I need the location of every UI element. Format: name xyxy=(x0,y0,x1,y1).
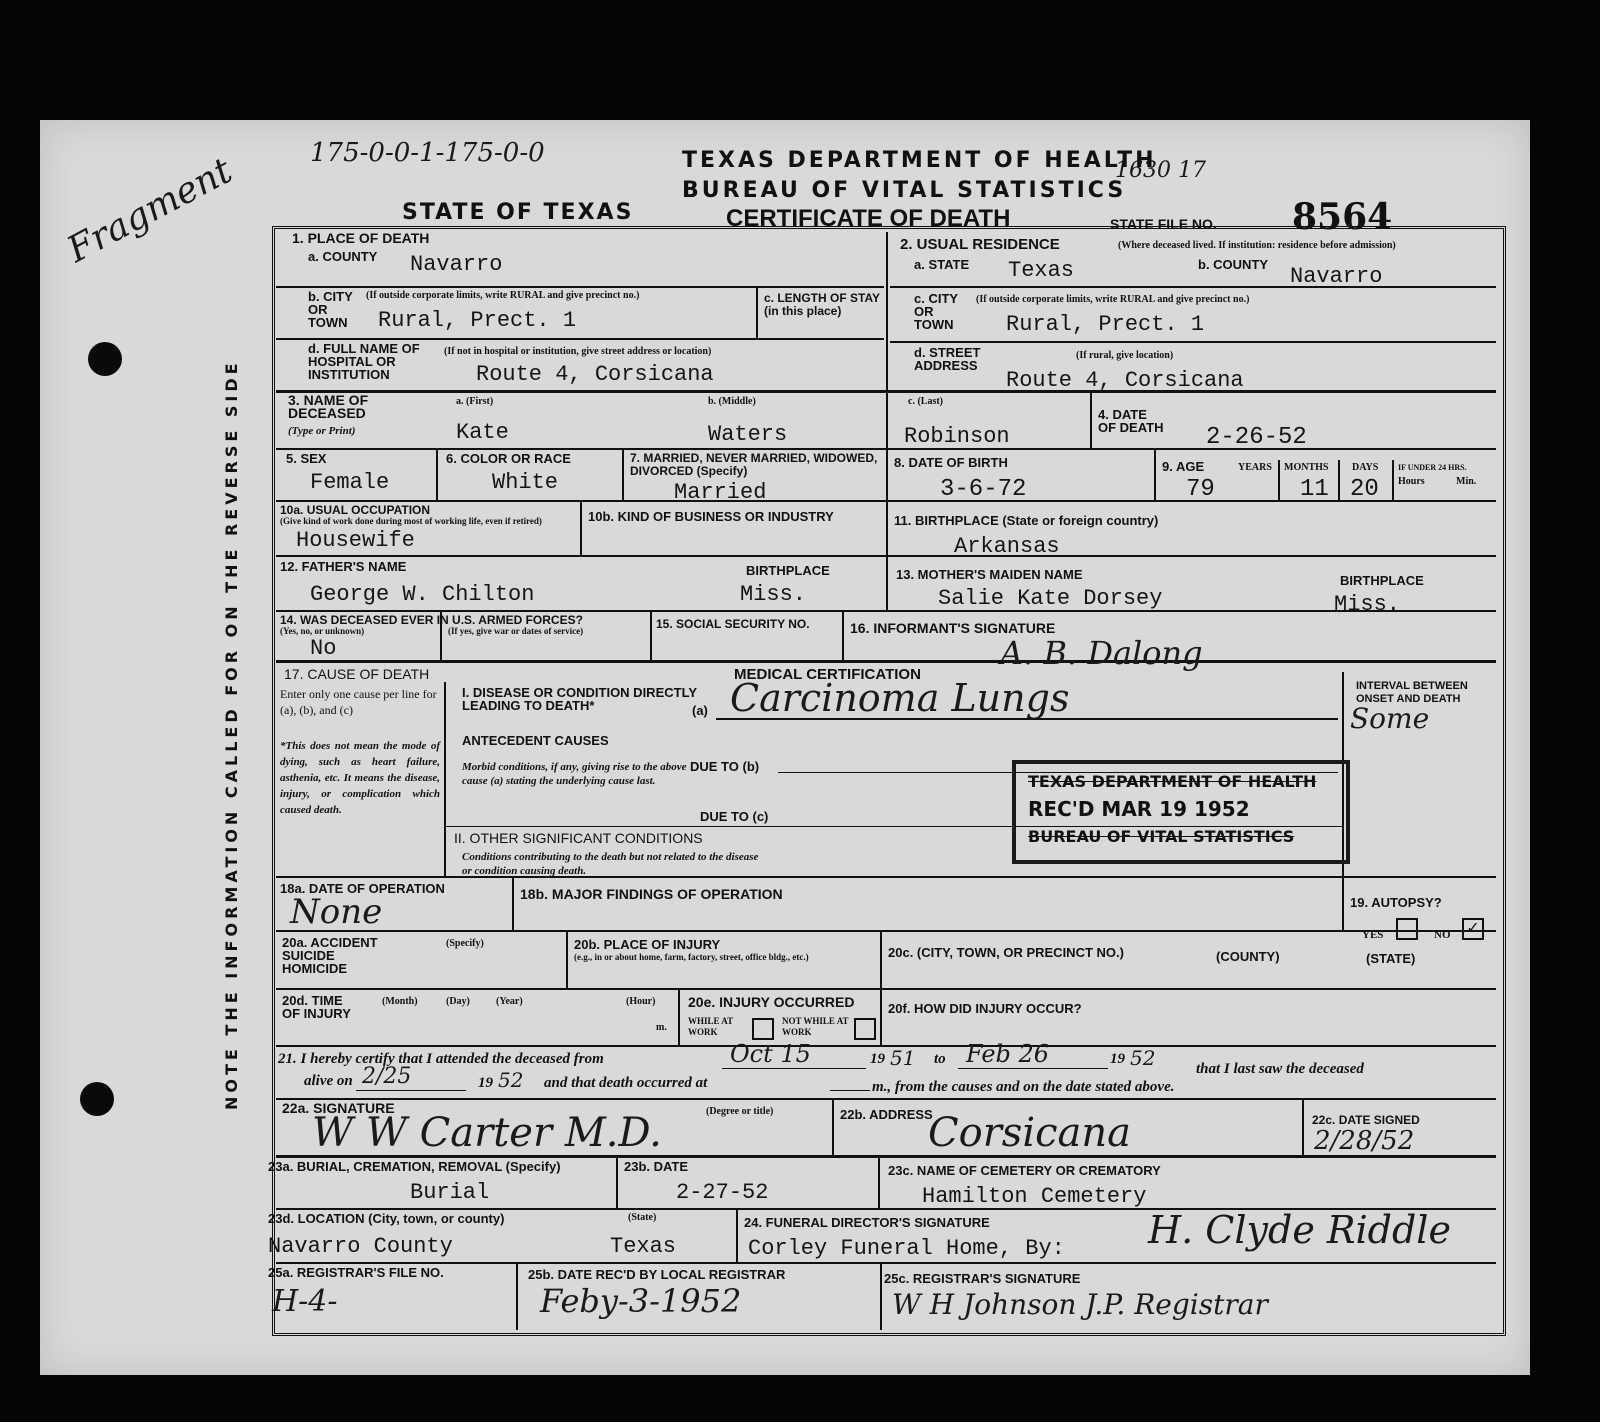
injury-time-label: 20d. TIME OF INJURY xyxy=(282,994,362,1020)
res-county-value: Navarro xyxy=(1290,264,1382,289)
burial-date-label: 23b. DATE xyxy=(624,1160,688,1173)
burial-state-label: (State) xyxy=(628,1212,656,1223)
dob-label: 8. DATE OF BIRTH xyxy=(894,456,1008,469)
mother-value: Salie Kate Dorsey xyxy=(938,586,1162,611)
death-county-value: Navarro xyxy=(410,252,502,277)
stamp-line1: TEXAS DEPARTMENT OF HEALTH xyxy=(1028,772,1346,791)
registrar-file-label: 25a. REGISTRAR'S FILE NO. xyxy=(268,1266,444,1279)
res-county-label: b. COUNTY xyxy=(1198,258,1268,271)
disposition-value: Burial xyxy=(410,1180,489,1205)
cause-footnote: *This does not mean the mode of dying, s… xyxy=(280,738,440,818)
cemetery-label: 23c. NAME OF CEMETERY OR CREMATORY xyxy=(888,1164,1161,1177)
residence-label: 2. USUAL RESIDENCE xyxy=(900,238,1060,251)
autopsy-label: 19. AUTOPSY? xyxy=(1350,896,1442,909)
to-label: to xyxy=(934,1052,946,1066)
antecedent-hint: Morbid conditions, if any, giving rise t… xyxy=(462,760,688,788)
ssn-label: 15. SOCIAL SECURITY NO. xyxy=(656,618,810,631)
birthplace-value: Arkansas xyxy=(954,534,1060,559)
while-at-work-label: WHILE AT WORK xyxy=(688,1016,748,1038)
res-street-label: d. STREET ADDRESS xyxy=(914,346,994,372)
attended-to-date: Feb 26 xyxy=(966,1040,1049,1068)
funeral-director-signature: H. Clyde Riddle xyxy=(1148,1208,1451,1252)
injury-day-label: (Day) xyxy=(446,996,470,1007)
autopsy-yes-checkbox[interactable] xyxy=(1396,918,1418,940)
burial-date-value: 2-27-52 xyxy=(676,1180,768,1205)
injury-occurred-label: 20e. INJURY OCCURRED xyxy=(688,996,855,1009)
attended-from-date: Oct 15 xyxy=(730,1040,811,1068)
middle-name-value: Waters xyxy=(708,422,787,447)
autopsy-no-checkbox[interactable]: ✓ xyxy=(1462,918,1484,940)
physician-address-label: 22b. ADDRESS xyxy=(840,1108,933,1121)
res-state-value: Texas xyxy=(1008,258,1074,283)
disposition-label: 23a. BURIAL, CREMATION, REMOVAL (Specify… xyxy=(268,1160,561,1173)
autopsy-yes-label: YES xyxy=(1362,930,1383,941)
registrar-signature-label: 25c. REGISTRAR'S SIGNATURE xyxy=(884,1272,1080,1285)
local-registrar-date-label: 25b. DATE REC'D BY LOCAL REGISTRAR xyxy=(528,1268,785,1281)
father-birthplace-value: Miss. xyxy=(740,582,806,607)
armed-hint-2: (If yes, give war or dates of service) xyxy=(448,626,583,637)
injury-place-hint: (e.g., in or about home, farm, factory, … xyxy=(574,952,864,963)
days-label: DAYS xyxy=(1352,462,1378,473)
date-signed-value: 2/28/52 xyxy=(1314,1126,1414,1156)
age-label: 9. AGE xyxy=(1162,460,1204,473)
cause-c-label: DUE TO (c) xyxy=(700,810,768,823)
other-conditions-label: II. OTHER SIGNIFICANT CONDITIONS xyxy=(454,832,703,845)
deceased-name-hint: (Type or Print) xyxy=(288,424,355,438)
informant-signature: A. B. Dalong xyxy=(1000,634,1203,672)
res-street-hint: (If rural, give location) xyxy=(1076,350,1173,361)
death-city-hint: (If outside corporate limits, write RURA… xyxy=(366,290,752,301)
physician-address: Corsicana xyxy=(928,1110,1131,1156)
physician-signature: W W Carter M.D. xyxy=(312,1110,662,1156)
mother-birthplace-value: Miss. xyxy=(1334,592,1400,617)
alive-on-label: alive on xyxy=(304,1074,353,1088)
alive-on-year: 52 xyxy=(498,1068,523,1092)
burial-location-label: 23d. LOCATION (City, town, or county) xyxy=(268,1212,504,1225)
sex-label: 5. SEX xyxy=(286,452,326,465)
deceased-name-label: 3. NAME OF DECEASED xyxy=(288,394,408,420)
attended-to-year: 52 xyxy=(1130,1046,1155,1070)
marital-label: 7. MARRIED, NEVER MARRIED, WIDOWED, DIVO… xyxy=(630,452,880,478)
birthplace-label: 11. BIRTHPLACE (State or foreign country… xyxy=(894,514,1158,527)
months-label: MONTHS xyxy=(1284,462,1328,473)
first-name-label: a. (First) xyxy=(456,396,493,407)
mother-label: 13. MOTHER'S MAIDEN NAME xyxy=(896,568,1083,581)
local-registrar-date: Feby-3-1952 xyxy=(540,1282,741,1320)
findings-label: 18b. MAJOR FINDINGS OF OPERATION xyxy=(520,888,783,901)
injury-type-label: 20a. ACCIDENT SUICIDE HOMICIDE xyxy=(282,936,382,975)
age-months-value: 11 xyxy=(1300,476,1329,503)
injury-county-label: (COUNTY) xyxy=(1216,950,1280,963)
received-stamp: TEXAS DEPARTMENT OF HEALTH REC'D MAR 19 … xyxy=(1012,760,1350,864)
injury-m-label: m. xyxy=(656,1022,667,1033)
father-value: George W. Chilton xyxy=(310,582,534,607)
marital-value: Married xyxy=(674,480,766,505)
res-city-value: Rural, Prect. 1 xyxy=(1006,312,1204,337)
injury-city-label: 20c. (CITY, TOWN, OR PRECINCT NO.) xyxy=(888,946,1124,959)
injury-state-label: (STATE) xyxy=(1366,952,1415,965)
death-city-value: Rural, Prect. 1 xyxy=(378,308,576,333)
dob-value: 3-6-72 xyxy=(940,476,1026,503)
death-county-label: a. COUNTY xyxy=(308,250,377,263)
registrar-file-value: H-4- xyxy=(272,1284,338,1319)
other-conditions-hint: Conditions contributing to the death but… xyxy=(462,850,762,878)
business-label: 10b. KIND OF BUSINESS OR INDUSTRY xyxy=(588,510,834,523)
injury-place-label: 20b. PLACE OF INJURY xyxy=(574,938,720,951)
father-birthplace-label: BIRTHPLACE xyxy=(746,564,830,577)
cause-hint: Enter only one cause per line for (a), (… xyxy=(280,686,440,718)
armed-forces-value: No xyxy=(310,636,336,661)
age-years-value: 79 xyxy=(1186,476,1215,503)
place-of-death-label: 1. PLACE OF DEATH xyxy=(292,232,429,245)
occupation-value: Housewife xyxy=(296,528,415,553)
last-name-label: c. (Last) xyxy=(908,396,943,407)
stamp-line2: REC'D MAR 19 1952 xyxy=(1028,797,1346,821)
alive-year-prefix: 19 xyxy=(478,1076,493,1090)
date-of-death-value: 2-26-52 xyxy=(1206,424,1307,451)
under24-label: IF UNDER 24 HRS. xyxy=(1398,462,1467,473)
last-name-value: Robinson xyxy=(904,424,1010,449)
agency-line2: BUREAU OF VITAL STATISTICS xyxy=(682,178,1126,203)
registrar-signature: W H Johnson J.P. Registrar xyxy=(892,1288,1268,1321)
punch-hole xyxy=(80,1082,114,1116)
to-year-prefix: 19 xyxy=(1110,1052,1125,1066)
occupation-hint: (Give kind of work done during most of w… xyxy=(280,516,580,527)
while-at-work-checkbox[interactable] xyxy=(752,1018,774,1040)
res-city-hint: (If outside corporate limits, write RURA… xyxy=(976,294,1486,305)
not-while-at-work-checkbox[interactable] xyxy=(854,1018,876,1040)
op-date-value: None xyxy=(290,892,382,932)
reverse-side-note: NOTE THE INFORMATION CALLED FOR ON THE R… xyxy=(222,359,241,1110)
burial-location-value: Navarro County xyxy=(268,1234,453,1259)
margin-file-code: 175-0-0-1-175-0-0 xyxy=(310,138,545,168)
mother-birthplace-label: BIRTHPLACE xyxy=(1340,574,1424,587)
cemetery-value: Hamilton Cemetery xyxy=(922,1184,1146,1209)
funeral-director-value: Corley Funeral Home, By: xyxy=(748,1236,1065,1261)
race-value: White xyxy=(492,470,558,495)
agency-line1: TEXAS DEPARTMENT OF HEALTH xyxy=(682,148,1157,173)
hospital-label: d. FULL NAME OF HOSPITAL OR INSTITUTION xyxy=(308,342,438,381)
sex-value: Female xyxy=(310,470,389,495)
residence-hint: (Where deceased lived. If institution: r… xyxy=(1118,240,1496,251)
res-state-label: a. STATE xyxy=(914,258,969,271)
alive-on-date: 2/25 xyxy=(362,1064,411,1089)
state-heading: STATE OF TEXAS xyxy=(402,200,633,225)
cause-a-value: Carcinoma Lungs xyxy=(730,676,1069,720)
degree-label: (Degree or title) xyxy=(706,1106,773,1117)
burial-state-value: Texas xyxy=(610,1234,676,1259)
length-of-stay-label: c. LENGTH OF STAY (in this place) xyxy=(764,292,884,318)
death-occurred-label: and that death occurred at xyxy=(544,1076,707,1090)
first-name-value: Kate xyxy=(456,420,509,445)
cause-b-label: DUE TO (b) xyxy=(690,760,759,773)
injury-year-label: (Year) xyxy=(496,996,523,1007)
death-city-label: b. CITY OR TOWN xyxy=(308,290,368,329)
middle-name-label: b. (Middle) xyxy=(708,396,756,407)
autopsy-no-label: NO xyxy=(1434,930,1451,941)
cert-line1-end: that I last saw the deceased xyxy=(1196,1062,1364,1076)
injury-type-hint: (Specify) xyxy=(446,938,484,949)
funeral-director-label: 24. FUNERAL DIRECTOR'S SIGNATURE xyxy=(744,1216,990,1229)
cert-line1-text: 21. I hereby certify that I attended the… xyxy=(278,1052,604,1066)
not-while-at-work-label: NOT WHILE AT WORK xyxy=(782,1016,852,1038)
cause-a-label: (a) xyxy=(692,704,708,717)
hours-label: Hours xyxy=(1398,476,1425,487)
father-label: 12. FATHER'S NAME xyxy=(280,560,406,573)
attended-from-year: 51 xyxy=(890,1046,915,1070)
stamp-line3: BUREAU OF VITAL STATISTICS xyxy=(1028,827,1346,846)
antecedent-label: ANTECEDENT CAUSES xyxy=(462,734,609,747)
injury-month-label: (Month) xyxy=(382,996,418,1007)
race-label: 6. COLOR OR RACE xyxy=(446,452,571,465)
min-label: Min. xyxy=(1456,476,1476,487)
res-street-value: Route 4, Corsicana xyxy=(1006,368,1244,393)
hospital-value: Route 4, Corsicana xyxy=(476,362,714,387)
interval-value: Some xyxy=(1350,702,1429,735)
cause-of-death-label: 17. CAUSE OF DEATH xyxy=(284,668,429,681)
injury-hour-label: (Hour) xyxy=(626,996,655,1007)
res-city-label: c. CITY OR TOWN xyxy=(914,292,974,331)
how-injury-label: 20f. HOW DID INJURY OCCUR? xyxy=(888,1002,1082,1015)
age-days-value: 20 xyxy=(1350,476,1379,503)
punch-hole xyxy=(88,342,122,376)
hospital-hint: (If not in hospital or institution, give… xyxy=(444,346,884,357)
cert-line2-end: m., from the causes and on the date stat… xyxy=(872,1080,1175,1094)
years-label: YEARS xyxy=(1238,462,1272,473)
from-year-prefix: 19 xyxy=(870,1052,885,1066)
date-of-death-label: 4. DATE OF DEATH xyxy=(1098,408,1164,434)
